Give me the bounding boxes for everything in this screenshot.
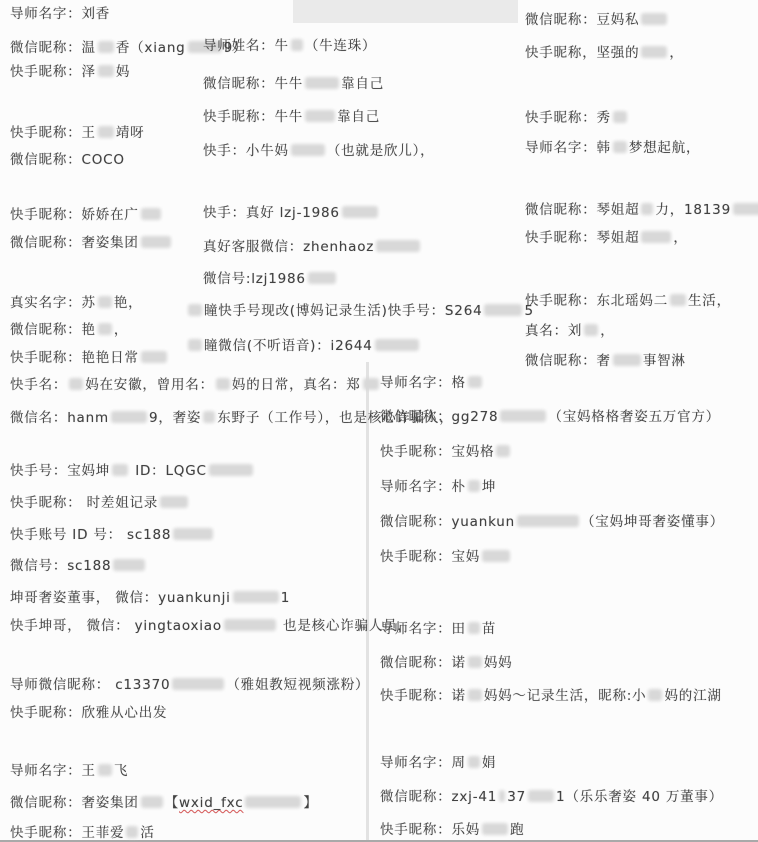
redaction-blur — [188, 339, 202, 351]
text-run: 导师名字：田 — [380, 621, 466, 637]
text-run: 快手昵称：娇娇在广 — [10, 207, 139, 223]
kuaishou-id: 快手账号 ID 号： sc188 — [10, 527, 215, 543]
text-run: 微信昵称：牛牛 — [203, 76, 303, 92]
kuaishou-nickname: 快手昵称：东北瑶妈二生活， — [525, 293, 731, 309]
kuaishou-nickname: 快手昵称：艳艳日常 — [10, 350, 169, 366]
text-run: 坤 — [482, 479, 496, 495]
text-run: 导师名字：刘香 — [10, 6, 110, 22]
text-run: 娟 — [482, 755, 496, 771]
mentor-name: 导师名字：周娟 — [380, 755, 496, 771]
text-run: 梦想起航， — [629, 140, 701, 156]
text-run: ID：LQGC — [130, 463, 207, 479]
wechat-nickname: 微信昵称：艳， — [10, 322, 128, 338]
text-run: 快手坤哥， 微信： yingtaoxiao — [10, 618, 222, 634]
text-run: 真好客服微信：zhenhaoz — [203, 239, 374, 255]
redaction-blur — [499, 790, 505, 802]
text-run: 导师名字：周 — [380, 755, 466, 771]
redaction-blur — [160, 496, 188, 508]
text-run: 活 — [140, 825, 154, 841]
redaction-blur — [141, 208, 161, 220]
text-run: 微信昵称：COCO — [10, 152, 125, 168]
text-run: 生活， — [688, 293, 731, 309]
kuaishou-nickname: 快手昵称：琴姐超， — [525, 230, 688, 246]
text-run: 坤哥奢姿董事， 微信：yuankunji — [10, 590, 231, 606]
text-run: 快手昵称：宝妈 — [380, 549, 480, 565]
text-run: 飞 — [114, 763, 128, 779]
kuaishou-nickname: 快手昵称：欣雅从心出发 — [10, 705, 167, 721]
text-run: 真实名字：苏 — [10, 295, 96, 311]
text-run: 导师姓名：牛 — [203, 38, 289, 54]
text-run: 靠自己 — [337, 109, 380, 125]
redaction-blur — [613, 141, 627, 153]
redaction-blur — [113, 559, 145, 571]
mentor-name: 导师名字：格 — [380, 375, 484, 391]
text-run: 微信号：sc188 — [10, 558, 111, 574]
redaction-blur — [468, 480, 480, 492]
text-run: 导师名字：韩 — [525, 140, 611, 156]
text-run: （牛连珠） — [305, 38, 377, 54]
text-run: ， — [600, 323, 614, 339]
redaction-blur — [141, 236, 171, 248]
redaction-blur — [98, 296, 112, 308]
redaction-blur — [482, 823, 508, 835]
text-run: 导师名字：朴 — [380, 479, 466, 495]
text-run: 快手昵称： 时差姐记录 — [10, 495, 158, 511]
redaction-blur — [468, 622, 480, 634]
wechat-id: 坤哥奢姿董事， 微信：yuankunji1 — [10, 590, 290, 606]
redaction-blur — [98, 764, 112, 776]
text-run: 艳， — [114, 295, 143, 311]
redaction-blur — [468, 689, 482, 701]
text-run: 快手昵称：秀 — [525, 110, 611, 126]
redaction-blur — [670, 294, 686, 306]
redaction-blur — [203, 411, 215, 423]
text-run: 微信昵称：yuankun — [380, 514, 515, 530]
text-run: 快手昵称：王菲爱 — [10, 825, 124, 841]
real-name: 真名：刘， — [525, 323, 615, 339]
text-run: 微信昵称：豆妈私 — [525, 12, 639, 28]
kuaishou-nickname: 快手昵称： 时差姐记录 — [10, 495, 190, 511]
redaction-blur — [112, 464, 128, 476]
kuaishou-id: 快手号：宝妈坤 ID：LQGC — [10, 463, 255, 479]
text-run: 微信昵称：温 — [10, 40, 96, 56]
text-run: 微信号:lzj1986 — [203, 271, 306, 287]
text-run: 力，18139 — [655, 202, 731, 218]
redaction-blur — [216, 378, 230, 390]
redaction-blur — [376, 240, 420, 252]
mentor-name: 导师名字：韩梦想起航， — [525, 140, 700, 156]
text-run: （宝妈格格奢姿五万官方） — [548, 409, 720, 425]
kuaishou-nickname: 快手昵称：泽妈 — [10, 64, 130, 80]
text-run: 妈妈 — [484, 655, 513, 671]
text-run: 妈的日常，真名：郑 — [232, 377, 361, 393]
redaction-blur — [363, 378, 379, 390]
text-run: 微信昵称：奢 — [525, 353, 611, 369]
redaction-blur — [648, 689, 662, 701]
kuaishou-nickname: 快手昵称，坚强的， — [525, 45, 684, 61]
document-page: 导师名字：刘香微信昵称：温香（xiang9）快手昵称：泽妈快手昵称：王靖呀微信昵… — [0, 0, 758, 842]
redaction-blur — [141, 796, 163, 808]
text-run: ， — [669, 45, 683, 61]
text-run: 【 — [165, 795, 179, 811]
redaction-blur — [613, 354, 641, 366]
redaction-blur — [584, 324, 598, 336]
text-run: 快手账号 ID 号： sc188 — [10, 527, 171, 543]
redaction-blur — [98, 323, 112, 335]
text-run: 导师微信昵称： c13370 — [10, 677, 170, 693]
real-name: 真实名字：苏艳， — [10, 295, 142, 311]
mentor-wechat-nickname: 导师微信昵称： c13370（雅姐教短视频涨粉） — [10, 677, 369, 693]
text-run: 快手昵称：欣雅从心出发 — [10, 705, 167, 721]
redaction-blur — [528, 790, 554, 802]
redaction-blur — [641, 203, 653, 215]
kuaishou-nickname: 快手昵称：秀 — [525, 110, 629, 126]
redaction-blur — [98, 65, 114, 77]
text-run: 1（乐乐奢姿 40 万董事） — [556, 789, 723, 805]
text-run: 瞳快手号现改(博妈记录生活)快手号：S264 — [204, 303, 482, 319]
redaction-blur — [224, 619, 276, 631]
kuaishou-account: 快手名：妈在安徽，曾用名：妈的日常，真名：郑 — [10, 377, 381, 393]
kuaishou-nickname: 快手昵称：宝妈格 — [380, 444, 512, 460]
redaction-blur — [291, 144, 325, 156]
redaction-blur — [98, 126, 114, 138]
wechat-nickname: 微信昵称：牛牛靠自己 — [203, 76, 384, 92]
spellcheck-underlined-text: wxid_fxc — [179, 795, 243, 811]
redaction-blur — [484, 304, 522, 316]
kuaishou-account: 快手：小牛妈（也就是欣儿）， — [203, 143, 434, 159]
text-run: 微信昵称：艳 — [10, 322, 96, 338]
redaction-blur — [733, 203, 758, 215]
redaction-blur — [305, 110, 335, 122]
text-run: （宝妈坤哥奢姿懂事） — [581, 514, 724, 530]
mentor-name: 导师名字：王飞 — [10, 763, 128, 779]
wechat-id: 瞳微信(不听语音)：i2644 — [186, 338, 421, 354]
redaction-blur — [233, 591, 279, 603]
redaction-blur — [641, 13, 667, 25]
text-run: 快手：真好 lzj-1986 — [203, 205, 340, 221]
mentor-name: 导师名字：田苗 — [380, 621, 496, 637]
redaction-blur — [245, 796, 301, 808]
kuaishou-nickname: 快手昵称：王靖呀 — [10, 125, 144, 141]
wechat-id: 真好客服微信：zhenhaoz — [203, 239, 422, 255]
wechat-nickname: 微信昵称：gg278（宝妈格格奢姿五万官方） — [380, 409, 720, 425]
text-run: 导师名字：格 — [380, 375, 466, 391]
text-run: 事智淋 — [643, 353, 686, 369]
text-run: 快手昵称：琴姐超 — [525, 230, 639, 246]
redaction-blur — [482, 550, 510, 562]
kuaishou-nickname: 快手昵称：娇娇在广 — [10, 207, 163, 223]
kuaishou-id: 瞳快手号现改(博妈记录生活)快手号：S2645 — [186, 303, 534, 319]
text-run: 37 — [507, 789, 526, 805]
text-run: 9，奢姿 — [149, 410, 201, 426]
text-run: 妈在安徽，曾用名： — [85, 377, 214, 393]
text-run: 苗 — [482, 621, 496, 637]
text-run: 微信昵称：琴姐超 — [525, 202, 639, 218]
wechat-id: 微信号:lzj1986 — [203, 271, 338, 287]
text-run: 真名：刘 — [525, 323, 582, 339]
kuaishou-nickname: 快手昵称：乐妈跑 — [380, 822, 524, 838]
text-run: 妈 — [116, 64, 130, 80]
text-run: 香（xiang — [116, 40, 186, 56]
text-run: 快手昵称，坚强的 — [525, 45, 639, 61]
mentor-name: 导师名字：朴坤 — [380, 479, 496, 495]
redaction-blur — [500, 410, 546, 422]
wechat-nickname: 微信昵称：奢姿集团 — [10, 235, 173, 251]
text-run: 瞳微信(不听语音)：i2644 — [204, 338, 373, 354]
text-run: 】 — [303, 795, 317, 811]
wechat-nickname: 微信昵称：COCO — [10, 152, 125, 168]
redaction-blur — [141, 351, 167, 363]
text-run: 靠自己 — [341, 76, 384, 92]
text-run: 妈的江湖 — [664, 688, 721, 704]
redaction-blur — [468, 756, 480, 768]
redaction-blur — [111, 411, 147, 423]
redaction-blur — [496, 445, 510, 457]
text-run: 快手：小牛妈 — [203, 143, 289, 159]
redaction-blur — [305, 77, 339, 89]
text-run: 快手昵称：牛牛 — [203, 109, 303, 125]
text-run: 快手名： — [10, 377, 67, 393]
wechat-nickname: 微信昵称：诺妈妈 — [380, 655, 512, 671]
column-divider — [366, 362, 369, 842]
text-run: 微信昵称：诺 — [380, 655, 466, 671]
censor-header-box — [293, 0, 518, 23]
wechat-nickname: 微信昵称：豆妈私 — [525, 12, 669, 28]
text-run: 快手昵称：王 — [10, 125, 96, 141]
text-run: 快手昵称：艳艳日常 — [10, 350, 139, 366]
redaction-blur — [641, 46, 667, 58]
text-run: 快手昵称：乐妈 — [380, 822, 480, 838]
redaction-blur — [98, 41, 114, 53]
kuaishou-account: 快手：真好 lzj-1986 — [203, 205, 380, 221]
text-run: 快手昵称：诺 — [380, 688, 466, 704]
kuaishou-nickname: 快手昵称：王菲爱活 — [10, 825, 155, 841]
kuaishou-nickname: 快手昵称：宝妈 — [380, 549, 512, 565]
text-run: 跑 — [510, 822, 524, 838]
wechat-nickname: 微信昵称：琴姐超力，1813901 — [525, 202, 758, 218]
text-run: 妈妈～记录生活，昵称:小 — [484, 688, 647, 704]
mentor-name: 导师姓名：牛（牛连珠） — [203, 38, 376, 54]
redaction-blur — [375, 339, 419, 351]
text-run: 导师名字：王 — [10, 763, 96, 779]
text-run: 快手昵称：宝妈格 — [380, 444, 494, 460]
redaction-blur — [188, 304, 202, 316]
kuaishou-nickname: 快手昵称：诺妈妈～记录生活，昵称:小妈的江湖 — [380, 688, 722, 704]
text-run: （雅姐教短视频涨粉） — [226, 677, 369, 693]
text-run: 快手昵称：泽 — [10, 64, 96, 80]
text-run: 快手号：宝妈坤 — [10, 463, 110, 479]
text-run: 靖呀 — [116, 125, 145, 141]
text-run: 1 — [281, 590, 290, 606]
wechat-nickname: 微信昵称：zxj-41371（乐乐奢姿 40 万董事） — [380, 789, 723, 805]
redaction-blur — [468, 376, 482, 388]
mentor-name: 导师名字：刘香 — [10, 6, 110, 22]
kuaishou-nickname: 快手昵称：牛牛靠自己 — [203, 109, 380, 125]
text-run: ， — [673, 230, 687, 246]
text-run: 快手昵称：东北瑶妈二 — [525, 293, 668, 309]
text-run: 微信昵称：gg278 — [380, 409, 498, 425]
wechat-id: 微信号：sc188 — [10, 558, 147, 574]
redaction-blur — [613, 111, 627, 123]
text-run: 微信名：hanm — [10, 410, 109, 426]
text-run: （也就是欣儿）， — [327, 143, 435, 159]
redaction-blur — [308, 272, 336, 284]
redaction-blur — [209, 464, 253, 476]
redaction-blur — [468, 656, 482, 668]
text-run: 微信昵称：奢姿集团 — [10, 795, 139, 811]
redaction-blur — [126, 826, 138, 838]
redaction-blur — [172, 678, 224, 690]
wechat-id: 快手坤哥， 微信： yingtaoxiao 也是核心诈骗人员， — [10, 618, 412, 634]
redaction-blur — [342, 206, 378, 218]
wechat-nickname: 微信昵称：yuankun（宝妈坤哥奢姿懂事） — [380, 514, 724, 530]
redaction-blur — [69, 378, 83, 390]
text-run: ， — [114, 322, 128, 338]
wechat-nickname: 微信昵称：奢事智淋 — [525, 353, 686, 369]
text-run: 微信昵称：zxj-41 — [380, 789, 497, 805]
redaction-blur — [291, 39, 303, 51]
redaction-blur — [173, 528, 213, 540]
redaction-blur — [641, 231, 671, 243]
text-run: 微信昵称：奢姿集团 — [10, 235, 139, 251]
wechat-nickname: 微信昵称：奢姿集团【wxid_fxc】 — [10, 795, 318, 811]
redaction-blur — [517, 515, 579, 527]
